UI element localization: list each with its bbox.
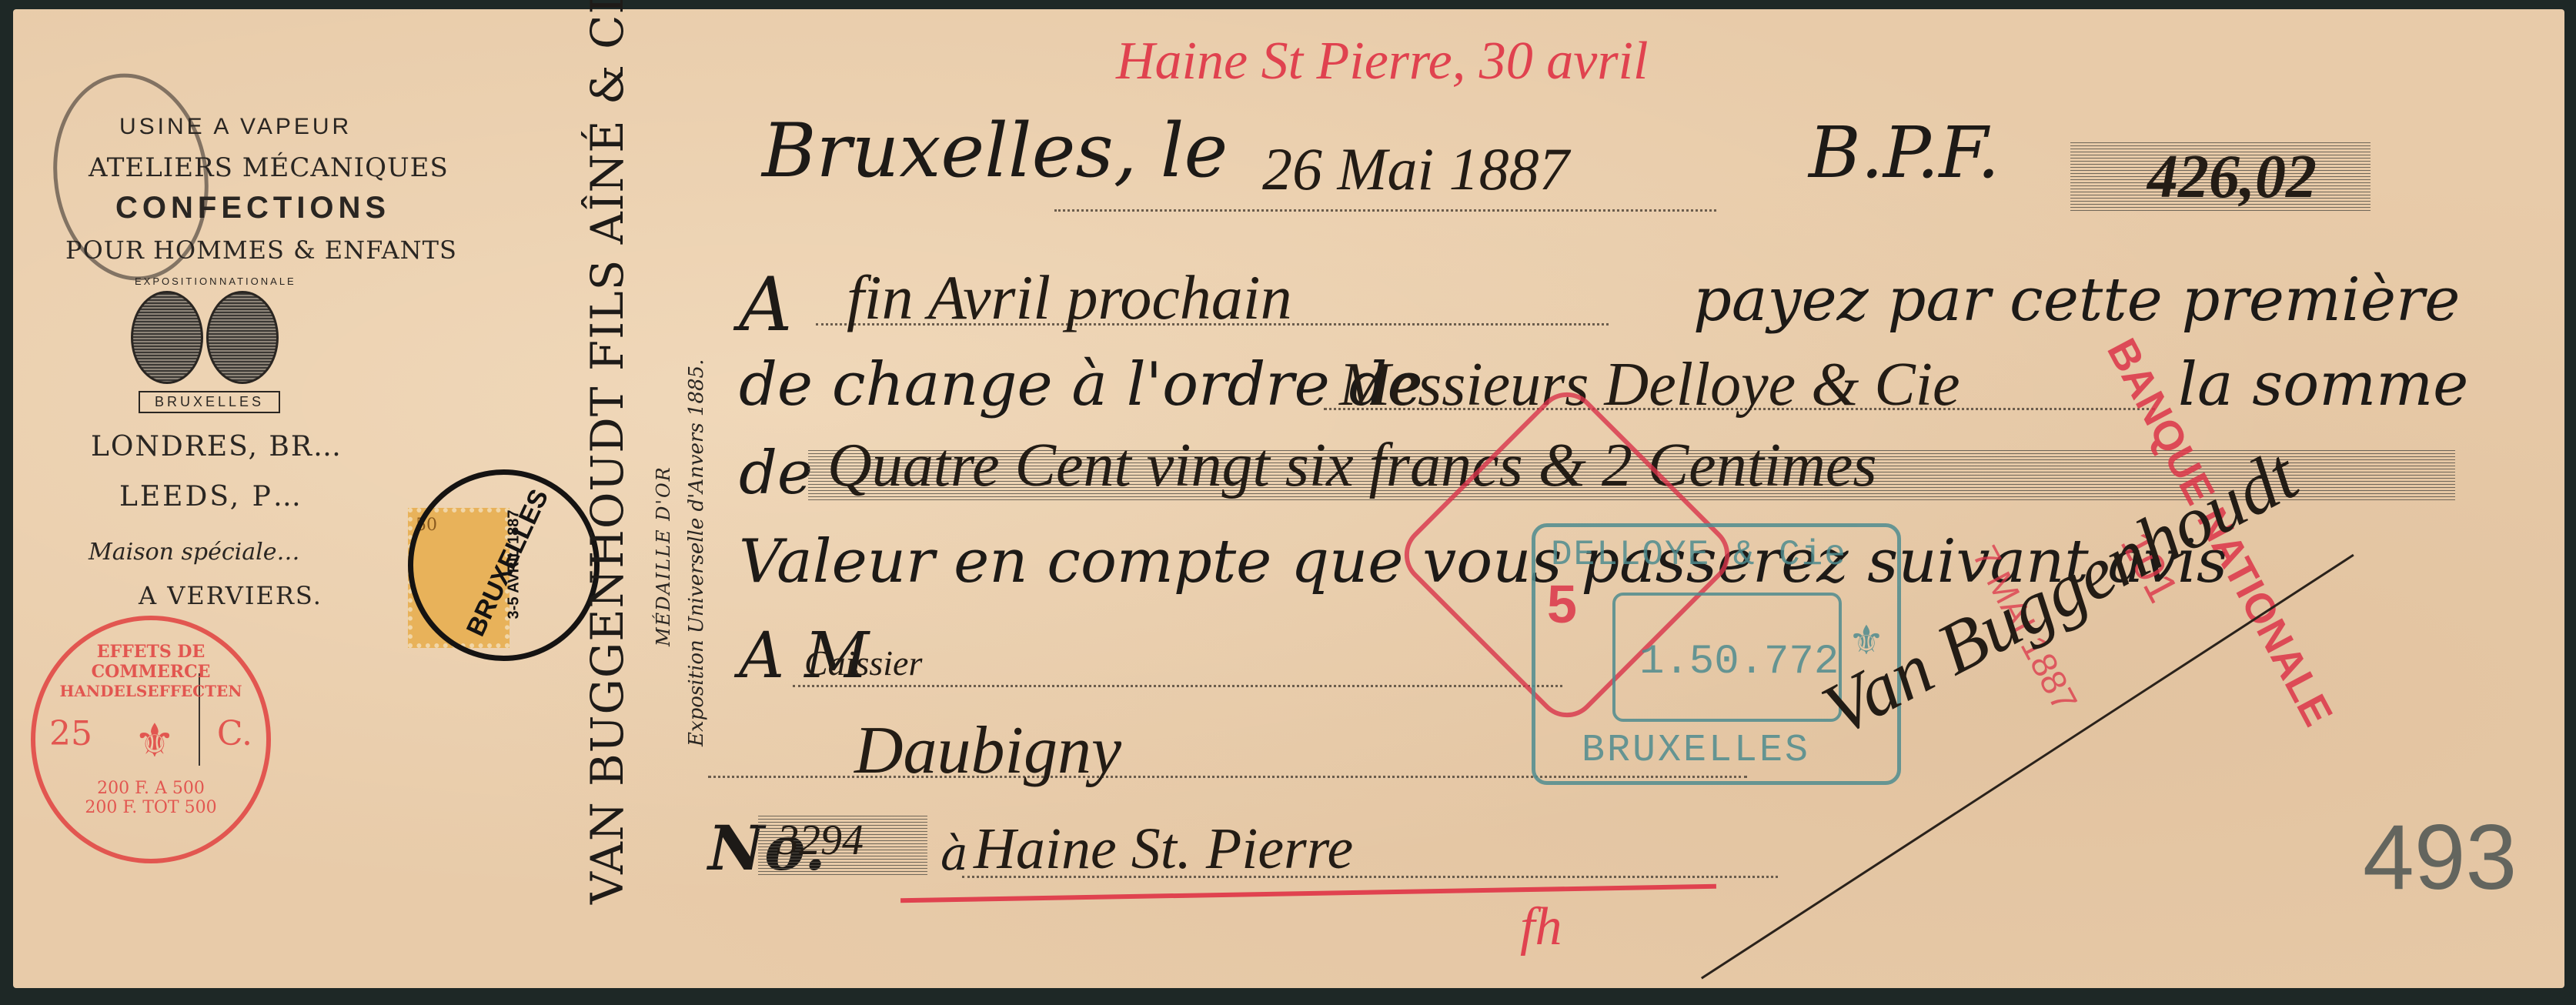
handwritten-caissier: Caissier	[804, 643, 922, 683]
medal-wreath-icon	[206, 291, 279, 384]
handwritten-payee: Messieurs Delloye & Cie	[1339, 350, 1960, 420]
letterhead-cities-2: LEEDS, P…	[119, 481, 303, 513]
medal-label-bruxelles: BRUXELLES	[139, 391, 280, 413]
letterhead-usine: USINE A VAPEUR	[119, 114, 350, 140]
printed-a-place: à	[941, 827, 968, 881]
handwritten-place: Haine St. Pierre	[974, 816, 1353, 883]
letterhead-pour-hommes: POUR HOMMES & ENFANTS	[65, 235, 404, 265]
letterhead-maison: Maison spéciale…	[89, 539, 300, 566]
handwritten-amount: 426,02	[2147, 142, 2317, 212]
medal-portrait-icon	[131, 291, 203, 384]
postmark-date: 3-5 AVRIL 1887	[505, 510, 523, 619]
handwritten-sum-in-words: Quatre Cent vingt six francs & 2 Centime…	[827, 431, 1877, 501]
red-initials: fh	[1520, 896, 1562, 958]
revenue-stamp-bottom-2: 200 F. TOT 500	[35, 798, 266, 817]
printed-bruxelles-le: Bruxelles, le	[762, 108, 1228, 194]
date-dotted-line	[1054, 209, 1716, 212]
printed-la-somme: la somme	[2178, 350, 2468, 419]
printed-a: A	[739, 262, 792, 348]
handwritten-drawee-daubigny: Daubigny	[854, 712, 1121, 790]
revenue-stamp-unit: C.	[217, 714, 252, 768]
revenue-stamp-top-text: EFFETS DE COMMERCE	[35, 642, 266, 682]
revenue-stamp-bottom-1: 200 F. A 500	[35, 779, 266, 798]
pencil-number: 493	[2363, 804, 2517, 910]
handwritten-due-date: fin Avril prochain	[847, 262, 1292, 334]
letterhead-cities-1: LONDRES, BR…	[91, 431, 342, 462]
letterhead-verviers: A VERVIERS.	[139, 581, 322, 610]
printed-payez-premiere: payez par cette première	[1693, 265, 2460, 335]
revenue-stamp-sub-text: HANDELSEFFECTEN	[35, 682, 266, 700]
printed-bpf: B.P.F.	[1809, 112, 2000, 194]
blue-stamp-bottom: BRUXELLES	[1582, 729, 1810, 773]
handwritten-date: 26 Mai 1887	[1262, 135, 1569, 204]
revenue-stamp-value: 25	[49, 714, 92, 768]
coat-of-arms-icon: ⚜	[134, 714, 175, 768]
exposition-anvers-vertical: Exposition Universelle d'Anvers 1885.	[685, 359, 708, 746]
letterhead-ateliers: ATELIERS MÉCANIQUES	[89, 152, 366, 183]
printed-de: de	[739, 439, 813, 508]
medal-caption-exposition: EXPOSITION	[135, 275, 219, 287]
handwritten-number: 3294	[777, 816, 864, 865]
postmark-bruxelles: BRUXELLES 3-5 AVRIL 1887	[408, 469, 600, 661]
red-note-haine-st-pierre: Haine St Pierre, 30 avril	[1116, 31, 1648, 92]
printed-de-change-ordre: de change à l'ordre de	[739, 350, 1423, 419]
blue-stamp-top: DELLOYE & Cie	[1551, 535, 1847, 575]
revenue-stamp-effets-de-commerce: EFFETS DE COMMERCE HANDELSEFFECTEN 25 ⚜ …	[31, 616, 271, 863]
medal-caption-nationale: NATIONALE	[219, 275, 296, 287]
addressee-dotted	[793, 685, 1562, 687]
letterhead-confections: CONFECTIONS	[115, 191, 339, 225]
medaille-dor-vertical: MÉDAILLE D'OR	[653, 466, 674, 646]
company-name-vertical: VAN BUGGENHOUDT FILS AÎNÉ & CIE.	[581, 0, 633, 904]
